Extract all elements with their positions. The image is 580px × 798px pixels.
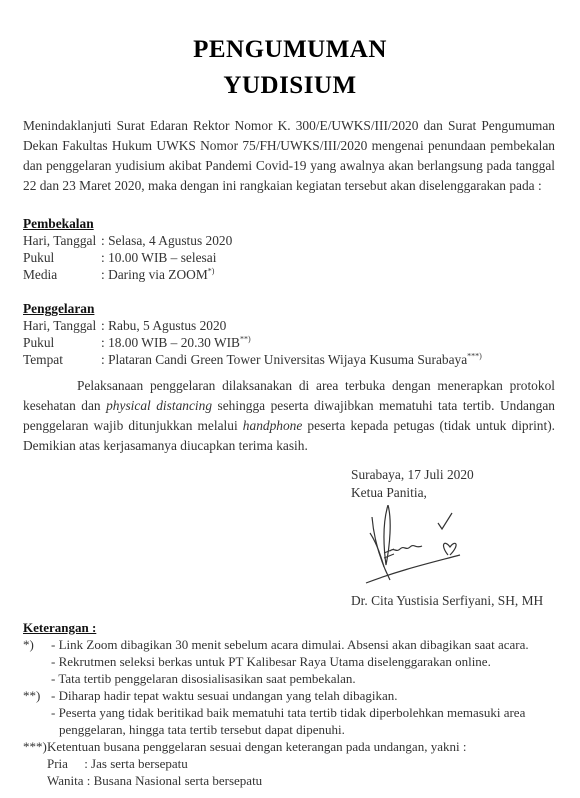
note-text: Pria : Jas serta bersepatu xyxy=(47,756,188,772)
body-italic-text: physical distancing xyxy=(106,398,212,413)
penggelaran-heading: Penggelaran xyxy=(23,301,94,317)
note-text: - Rekrutmen seleksi berkas untuk PT Kali… xyxy=(51,654,491,670)
row-label: Pukul xyxy=(23,250,101,266)
signer-role: Ketua Panitia, xyxy=(351,485,427,501)
note-text: Ketentuan busana penggelaran sesuai deng… xyxy=(47,739,466,755)
intro-paragraph: Menindaklanjuti Surat Edaran Rektor Nomo… xyxy=(23,116,555,196)
row-value: : Plataran Candi Green Tower Universitas… xyxy=(101,352,467,367)
place-date: Surabaya, 17 Juli 2020 xyxy=(351,467,474,483)
note-mark: ***) xyxy=(23,739,47,755)
penggelaran-row-place: Tempat: Plataran Candi Green Tower Unive… xyxy=(23,352,482,368)
note-text: - Diharap hadir tepat waktu sesuai undan… xyxy=(51,688,398,704)
pembekalan-row-time: Pukul: 10.00 WIB – selesai xyxy=(23,250,216,266)
pembekalan-row-media: Media: Daring via ZOOM*) xyxy=(23,267,214,283)
row-label: Hari, Tanggal xyxy=(23,233,101,249)
row-label: Pukul xyxy=(23,335,101,351)
note-text: - Link Zoom dibagikan 30 menit sebelum a… xyxy=(51,637,529,653)
footnote-mark: **) xyxy=(240,335,251,344)
signature-image xyxy=(360,505,470,585)
footnote-mark: ***) xyxy=(467,352,482,361)
title-line-2: YUDISIUM xyxy=(0,72,580,100)
row-value: : Rabu, 5 Agustus 2020 xyxy=(101,318,226,333)
footnote-mark: *) xyxy=(208,267,215,276)
pembekalan-heading: Pembekalan xyxy=(23,216,94,232)
row-value: : Selasa, 4 Agustus 2020 xyxy=(101,233,232,248)
note-mark: **) xyxy=(23,688,40,704)
announcement-page: PENGUMUMAN YUDISIUM Menindaklanjuti Sura… xyxy=(0,0,580,798)
note-text: penggelaran, hingga tata tertib tersebut… xyxy=(59,722,345,738)
pembekalan-row-date: Hari, Tanggal: Selasa, 4 Agustus 2020 xyxy=(23,233,232,249)
body-italic-text: handphone xyxy=(243,418,303,433)
signer-name: Dr. Cita Yustisia Serfiyani, SH, MH xyxy=(351,593,543,609)
row-value: : 10.00 WIB – selesai xyxy=(101,250,216,265)
note-text: - Peserta yang tidak beritikad baik mema… xyxy=(51,705,525,721)
row-value: : Daring via ZOOM xyxy=(101,267,208,282)
penggelaran-row-date: Hari, Tanggal: Rabu, 5 Agustus 2020 xyxy=(23,318,226,334)
note-text: - Tata tertib penggelaran disosialisasik… xyxy=(51,671,356,687)
notes-heading: Keterangan : xyxy=(23,620,96,636)
row-value: : 18.00 WIB – 20.30 WIB xyxy=(101,335,240,350)
note-text: Wanita : Busana Nasional serta bersepatu xyxy=(47,773,262,789)
row-label: Hari, Tanggal xyxy=(23,318,101,334)
note-mark: *) xyxy=(23,637,34,653)
row-label: Tempat xyxy=(23,352,101,368)
penggelaran-row-time: Pukul: 18.00 WIB – 20.30 WIB**) xyxy=(23,335,251,351)
body-paragraph: Pelaksanaan penggelaran dilaksanakan di … xyxy=(23,376,555,456)
title-line-1: PENGUMUMAN xyxy=(0,36,580,64)
row-label: Media xyxy=(23,267,101,283)
